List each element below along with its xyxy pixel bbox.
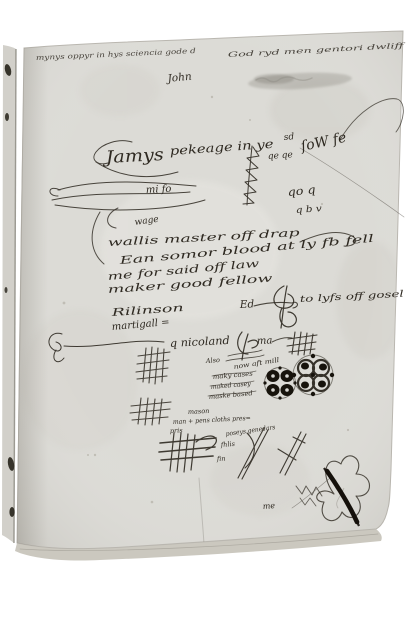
inscription-superscript-b: qe qe: [268, 150, 294, 162]
inscription-ed: Ed: [239, 298, 255, 311]
inscription-also: Also: [205, 356, 221, 365]
inscription-fin: fin: [216, 455, 226, 463]
inscription-mi-fo: mi fo: [146, 184, 172, 196]
inscription-ma: ma: [257, 335, 273, 347]
paper-texture: [14, 31, 404, 549]
inscription-pen-trial-b: q b v: [296, 204, 323, 216]
inscription-jamys: Jamys: [102, 145, 165, 168]
inscription-superscript-a: sd: [283, 132, 294, 143]
manuscript-scene: mynys oppyr in hys sciencia gode d God r…: [0, 0, 416, 621]
inscription-me: me: [262, 501, 275, 511]
manuscript-photograph: mynys oppyr in hys sciencia gode d God r…: [0, 0, 416, 621]
inscription-mason: mason: [188, 407, 210, 416]
inscription-fhlis: fhlis: [219, 440, 235, 449]
